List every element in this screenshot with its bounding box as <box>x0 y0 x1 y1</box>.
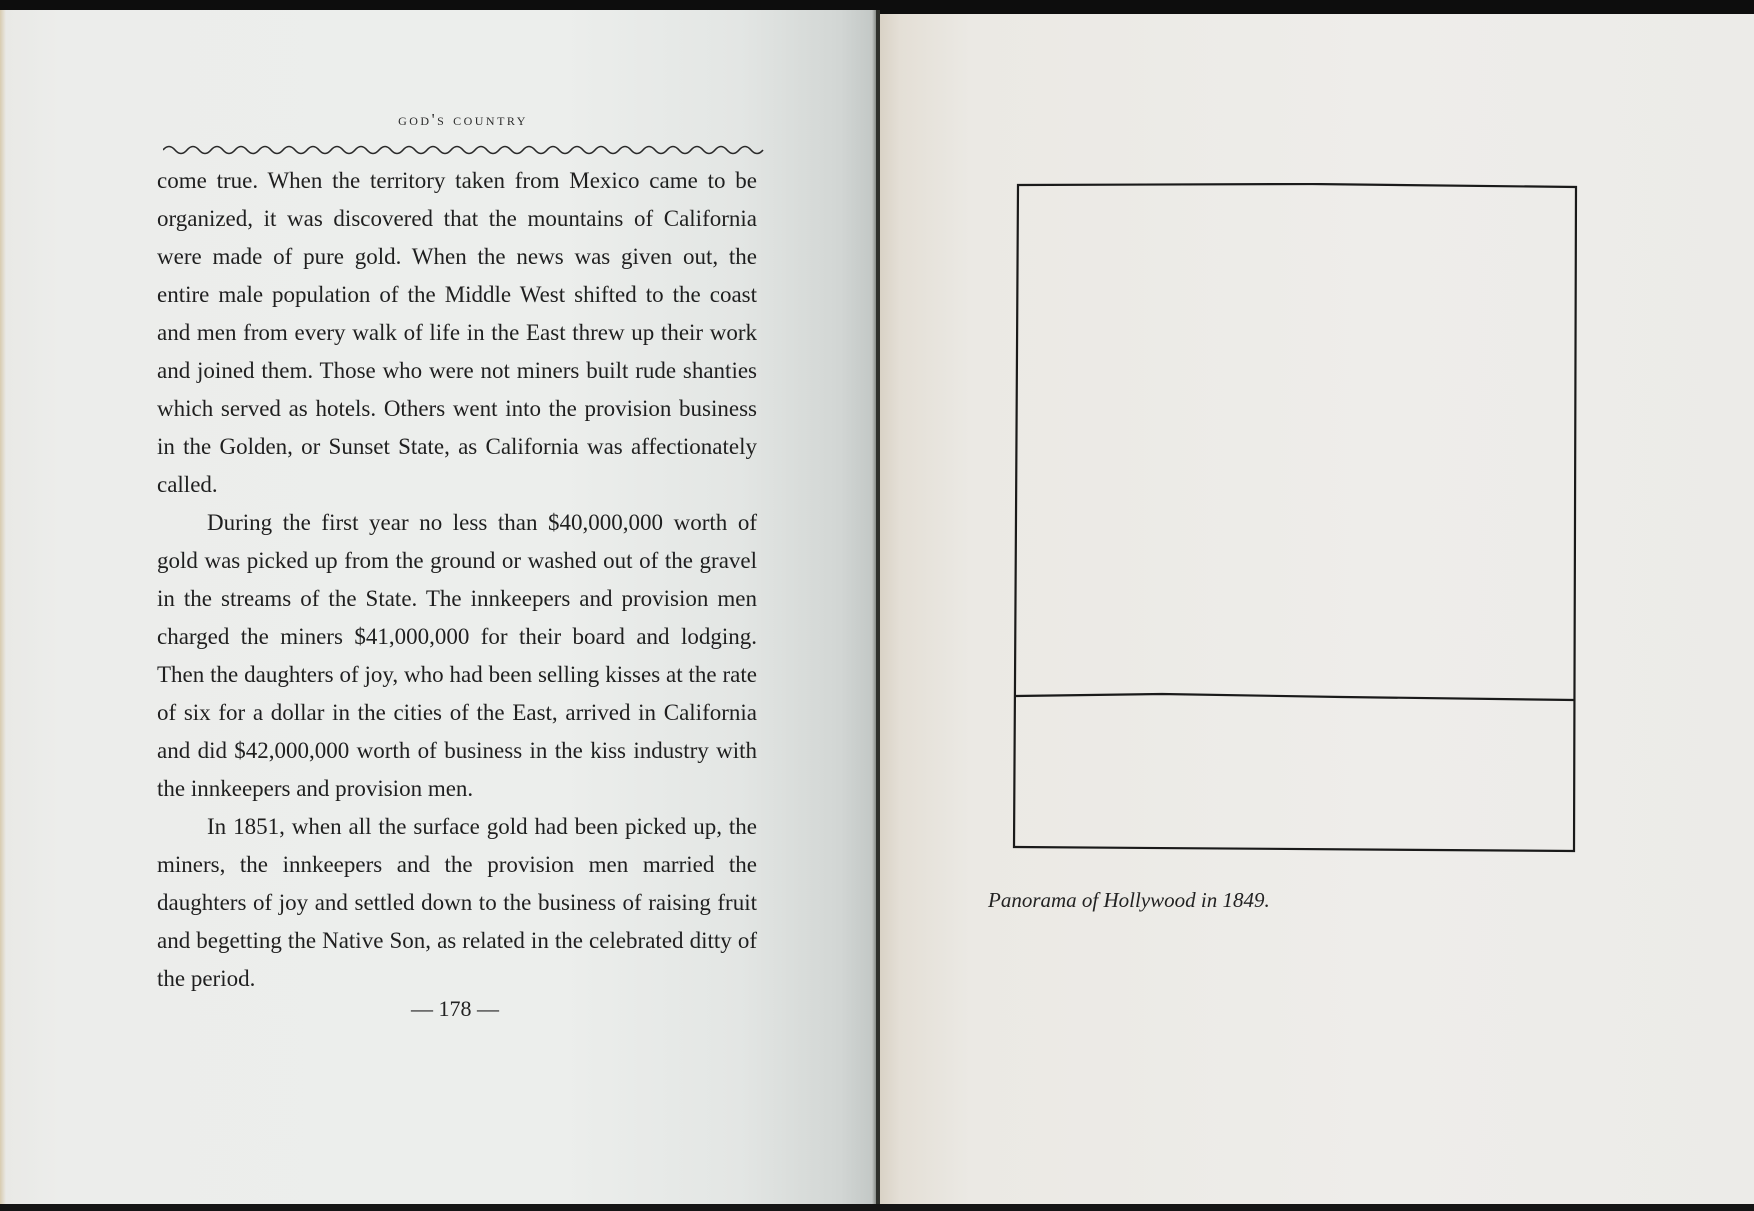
scan-bottom-edge <box>0 1204 1754 1211</box>
paragraph-1: come true. When the territory taken from… <box>157 162 757 504</box>
paragraph-3: In 1851, when all the surface gold had b… <box>157 808 757 998</box>
paragraph-2: During the first year no less than $40,0… <box>157 504 757 808</box>
wavy-rule-ornament <box>163 142 765 156</box>
body-text: come true. When the territory taken from… <box>157 162 757 998</box>
page-number: — 178 — <box>355 996 555 1022</box>
running-head: GOD'S COUNTRY <box>163 110 763 130</box>
illustration-caption: Panorama of Hollywood in 1849. <box>988 888 1488 913</box>
panorama-illustration <box>1012 183 1578 855</box>
